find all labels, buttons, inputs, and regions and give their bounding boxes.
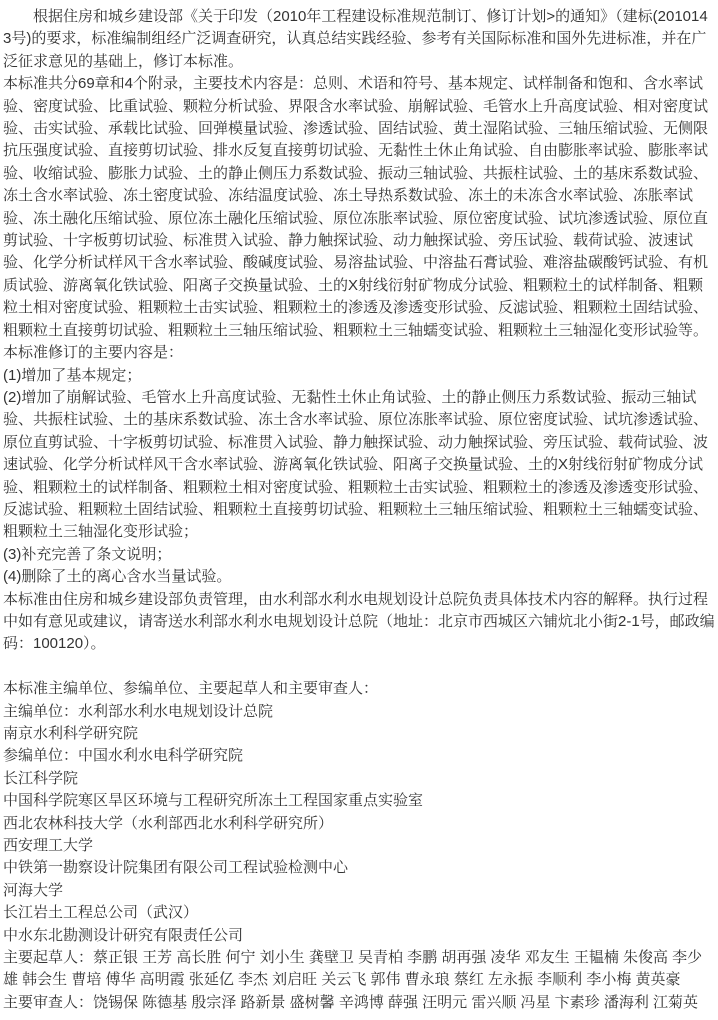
revision-summary-heading: 本标准修订的主要内容是：	[3, 342, 715, 364]
participating-unit-4: 西北农林科技大学（水利部西北水利科学研究所）	[3, 813, 715, 835]
main-reviewers: 主要审查人：饶锡保 陈德基 殷宗泽 路新景 盛树馨 辛鸿博 薛强 汪明元 雷兴顺…	[3, 992, 715, 1014]
chief-editor-unit: 主编单位：水利部水利水电规划设计总院	[3, 701, 715, 723]
blank-line	[3, 656, 715, 678]
revision-item-1: (1)增加了基本规定；	[3, 365, 715, 387]
intro-paragraph: 根据住房和城乡建设部《关于印发（2010年工程建设标准规范制订、修订计划>的通知…	[3, 6, 715, 73]
participating-unit-6: 中铁第一勘察设计院集团有限公司工程试验检测中心	[3, 857, 715, 879]
contents-paragraph: 本标准共分69章和4个附录，主要技术内容是：总则、术语和符号、基本规定、试样制备…	[3, 73, 715, 342]
revision-item-2: (2)增加了崩解试验、毛管水上升高度试验、无黏性土休止角试验、土的静止侧压力系数…	[3, 387, 715, 544]
document-page: 根据住房和城乡建设部《关于印发（2010年工程建设标准规范制订、修订计划>的通知…	[0, 0, 718, 1020]
revision-item-3: (3)补充完善了条文说明；	[3, 544, 715, 566]
chief-editor-unit-2: 南京水利科学研究院	[3, 723, 715, 745]
units-heading: 本标准主编单位、参编单位、主要起草人和主要审查人：	[3, 678, 715, 700]
revision-item-4: (4)删除了土的离心含水当量试验。	[3, 566, 715, 588]
participating-unit-1: 参编单位：中国水利水电科学研究院	[3, 745, 715, 767]
management-paragraph: 本标准由住房和城乡建设部负责管理，由水利部水利水电规划设计总院负责具体技术内容的…	[3, 589, 715, 656]
participating-unit-7: 河海大学	[3, 880, 715, 902]
participating-unit-9: 中水东北勘测设计研究有限责任公司	[3, 925, 715, 947]
main-drafters: 主要起草人：蔡正银 王芳 高长胜 何宁 刘小生 龚壁卫 吴青柏 李鹏 胡再强 凌…	[3, 947, 715, 992]
participating-unit-2: 长江科学院	[3, 768, 715, 790]
participating-unit-3: 中国科学院寒区旱区环境与工程研究所冻土工程国家重点实验室	[3, 790, 715, 812]
participating-unit-5: 西安理工大学	[3, 835, 715, 857]
participating-unit-8: 长江岩土工程总公司（武汉）	[3, 902, 715, 924]
